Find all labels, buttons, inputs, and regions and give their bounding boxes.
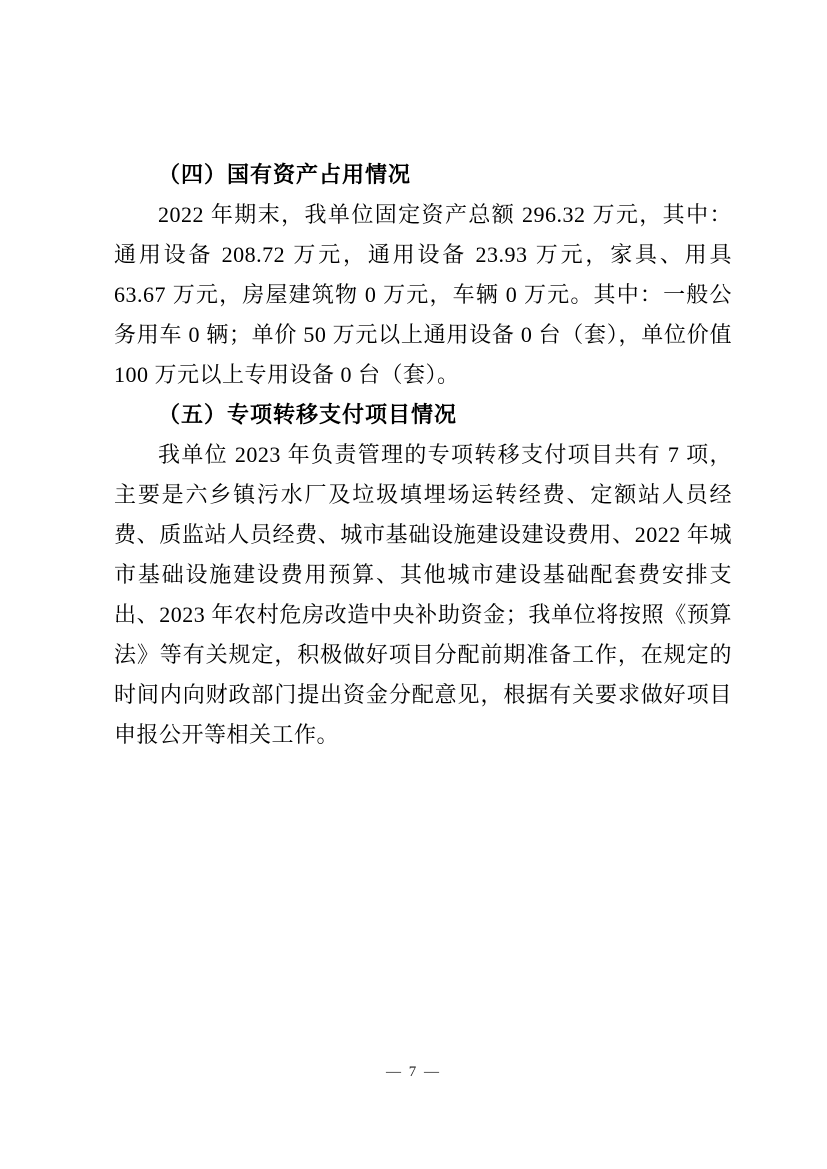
section-paragraph-transfer-payments: 我单位 2023 年负责管理的专项转移支付项目共有 7 项，主要是六乡镇污水厂及… bbox=[114, 435, 732, 755]
section-heading-state-assets: （四）国有资产占用情况 bbox=[114, 155, 732, 195]
page-number: — 7 — bbox=[0, 1062, 827, 1082]
document-content: （四）国有资产占用情况 2022 年期末，我单位固定资产总额 296.32 万元… bbox=[114, 155, 732, 755]
section-heading-transfer-payments: （五）专项转移支付项目情况 bbox=[114, 395, 732, 435]
document-page: （四）国有资产占用情况 2022 年期末，我单位固定资产总额 296.32 万元… bbox=[0, 0, 827, 1169]
section-paragraph-state-assets: 2022 年期末，我单位固定资产总额 296.32 万元，其中：通用设备 208… bbox=[114, 195, 732, 395]
